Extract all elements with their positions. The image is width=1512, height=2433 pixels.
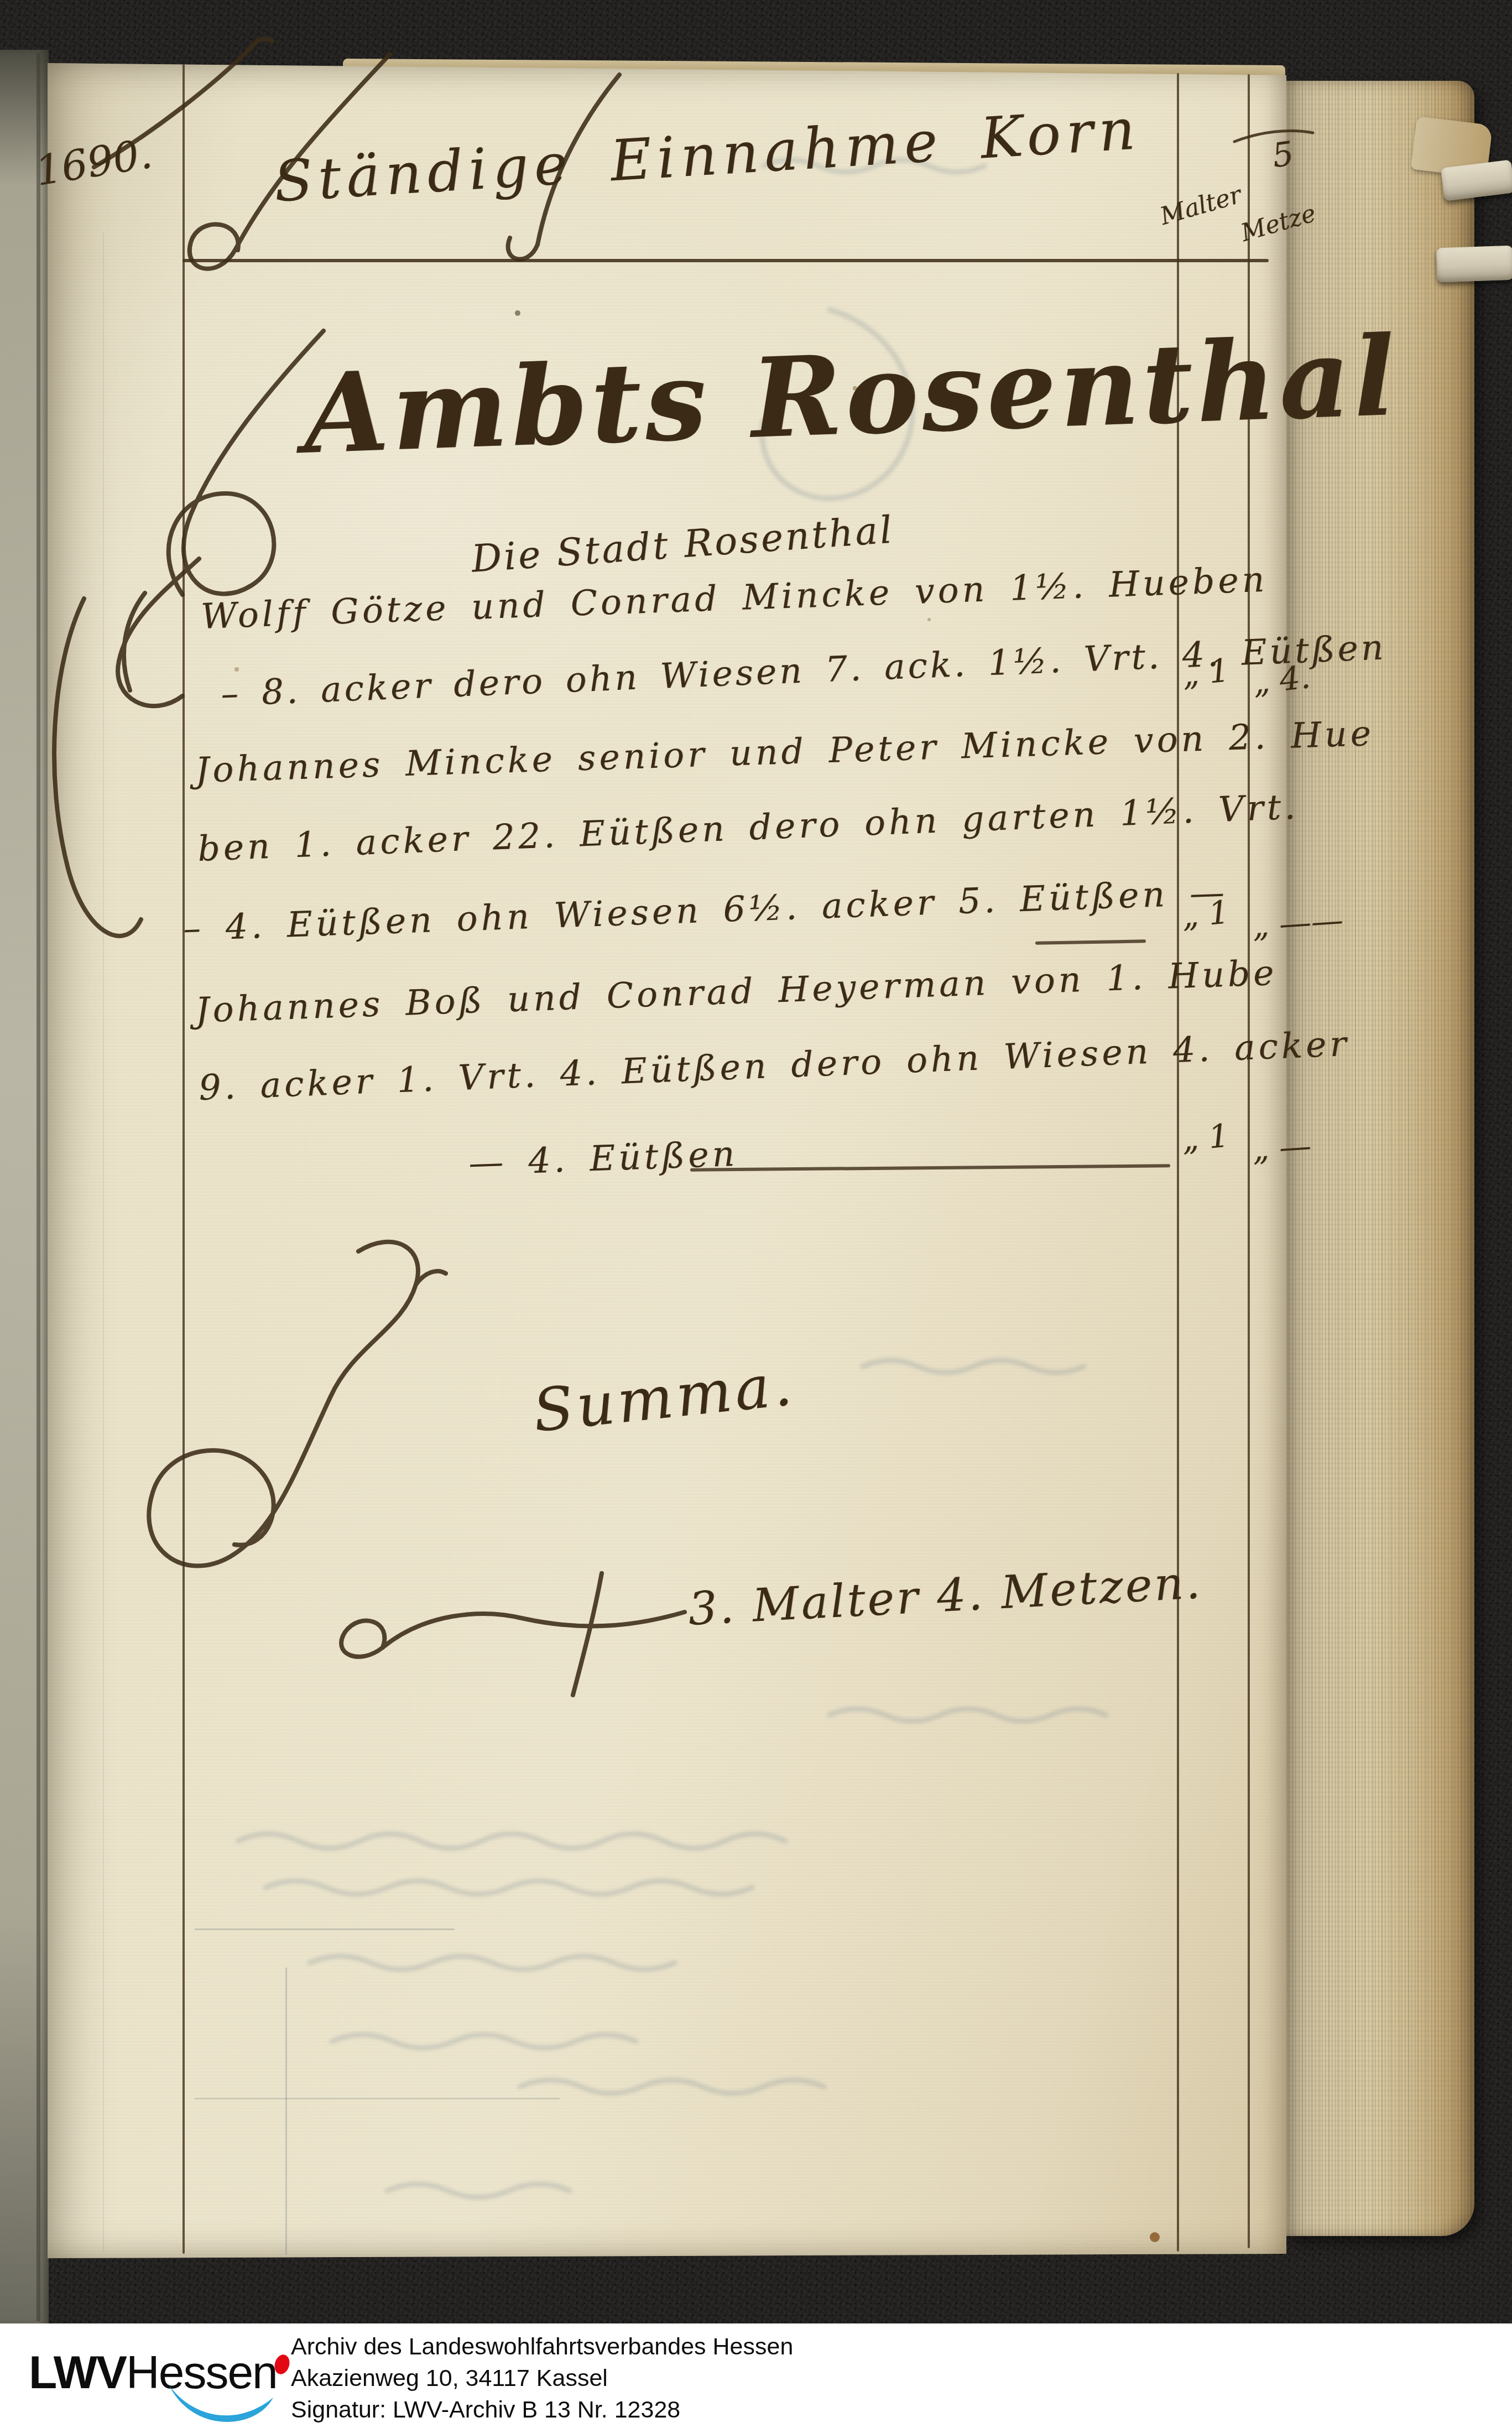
- bleed-rule: [285, 1967, 287, 2255]
- gutter-page-edges: [0, 50, 49, 2323]
- gutter-shadow-line: [103, 232, 104, 2252]
- header-rule: [183, 259, 1269, 262]
- archive-street: Akazienweg 10, 34117 Kassel: [291, 2363, 793, 2394]
- bleed-rule: [195, 1928, 455, 1930]
- archive-signature: Signatur: LWV-Archiv B 13 Nr. 12328: [291, 2394, 793, 2426]
- entry-amount-malter: „ 1: [1180, 1117, 1231, 1158]
- margin-rule-left: [183, 64, 185, 2254]
- bleed-rule: [195, 2098, 560, 2099]
- binding-cord: [1436, 246, 1512, 283]
- book-scan: 1690. Ständige Einnahme Korn Malter Metz…: [0, 0, 1512, 2433]
- lwv-swoosh-icon: [164, 2377, 282, 2432]
- entry-amount-malter: „ 1: [1180, 651, 1231, 694]
- entry-amount-metze: „ —: [1251, 1127, 1312, 1168]
- archive-footer: LWVHessen Archiv des Landeswohlfahrtsver…: [0, 2323, 1512, 2433]
- logo-text-bold: LWV: [29, 2346, 126, 2399]
- archive-name: Archiv des Landeswohlfahrtsverbandes Hes…: [291, 2331, 793, 2363]
- archive-address: Archiv des Landeswohlfahrtsverbandes Hes…: [291, 2331, 793, 2426]
- gutter-crease: [37, 53, 40, 2321]
- entry-amount-metze: „ 4.: [1251, 658, 1312, 701]
- entry-amount-metze: „ ——: [1251, 901, 1344, 945]
- entry-amount-malter: „ 1: [1180, 893, 1231, 935]
